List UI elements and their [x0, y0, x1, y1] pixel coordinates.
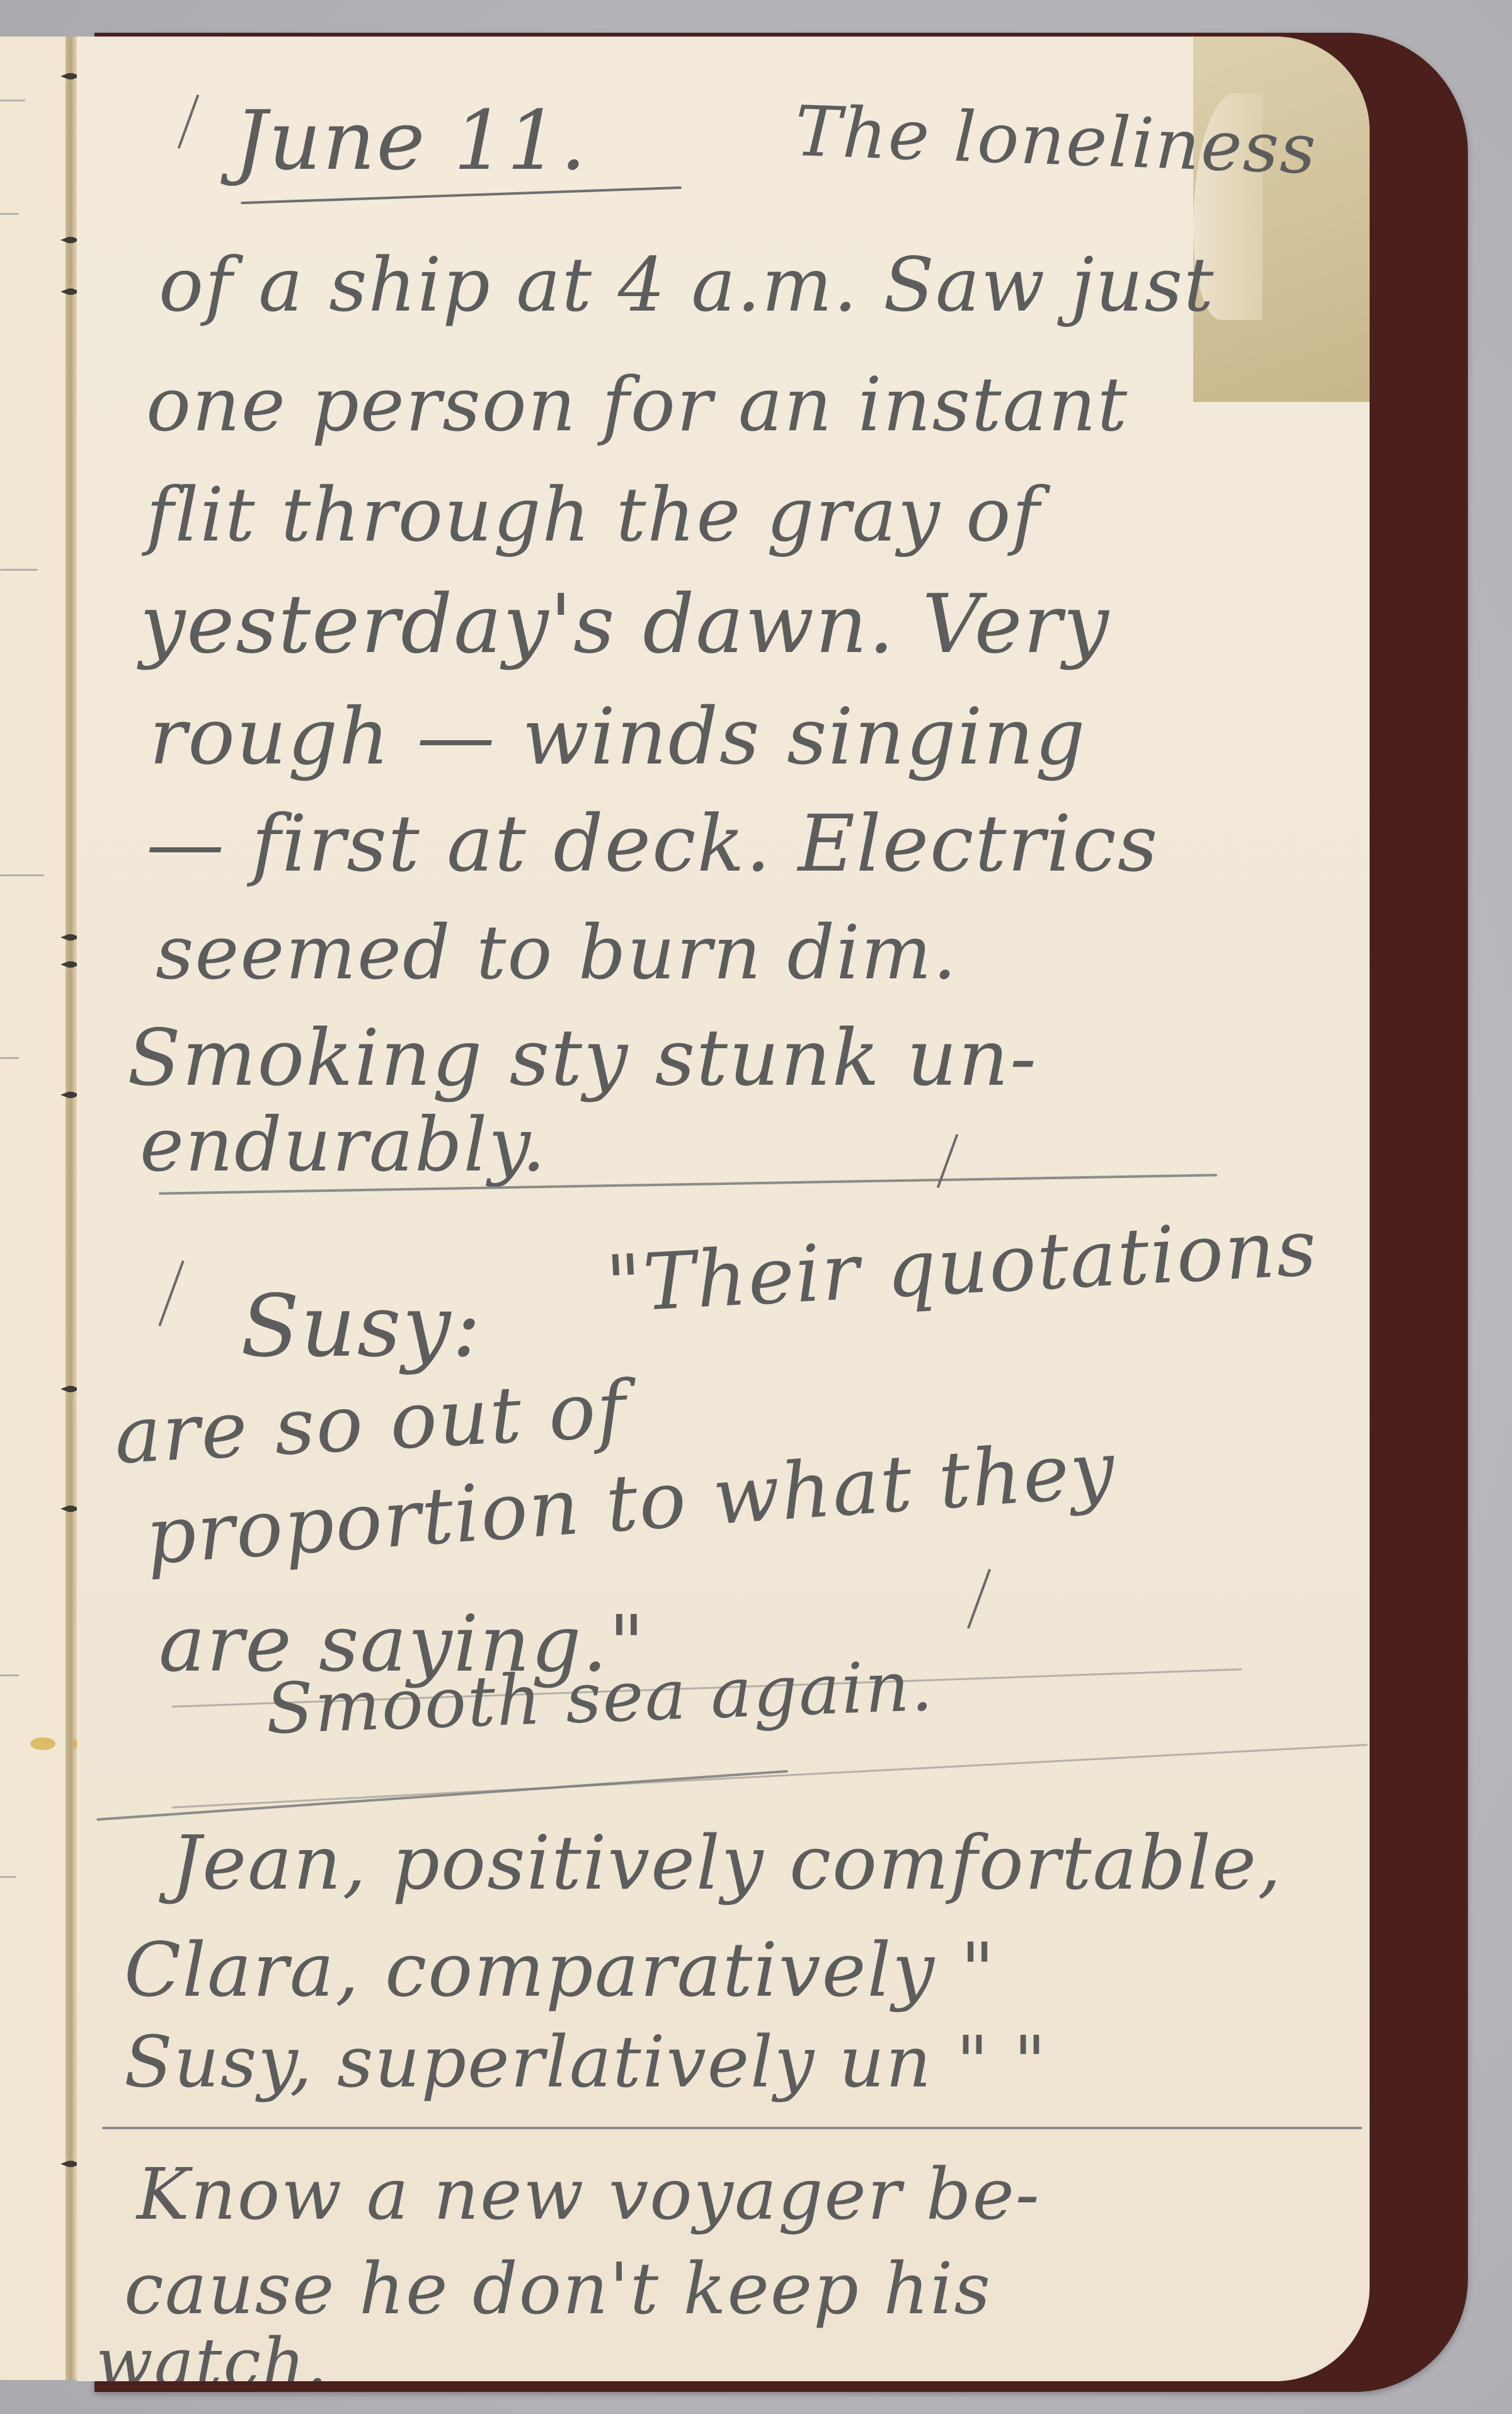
section-divider: [102, 2127, 1362, 2129]
entry-1-line-2: of a ship at 4 a.m. Saw just: [159, 248, 1215, 322]
entry-1-line-8: seemed to burn dim.: [156, 915, 958, 990]
section-divider: [96, 1770, 788, 1821]
entry-1-line-9: Smoking sty stunk un-: [127, 1019, 1038, 1097]
entry-1-line-5: yesterday's dawn. Very: [140, 585, 1110, 665]
handwritten-text: June 11. The loneliness of a ship at 4 a…: [77, 37, 1370, 2381]
voyager-line-2: cause he don't keep his: [124, 2254, 992, 2325]
glue-stain: [30, 1737, 55, 1750]
quote-line-1: "Their quotations: [604, 1209, 1320, 1324]
left-page-mark: [0, 213, 19, 215]
left-page-edge: [0, 37, 71, 2380]
notebook-page: June 11. The loneliness of a ship at 4 a…: [77, 37, 1370, 2381]
entry-tick-mark: [158, 1261, 184, 1327]
family-line-jean: Jean, positively comfortable,: [171, 1826, 1282, 1900]
entry-1-line-1: The loneliness: [794, 96, 1318, 184]
entry-1-line-10: endurably.: [140, 1107, 547, 1182]
left-page-mark: [0, 1876, 16, 1878]
quote-line-2: are so out of: [113, 1370, 629, 1475]
closing-tick-mark: [967, 1569, 991, 1628]
voyager-line-3: watch.: [96, 2330, 329, 2381]
sea-note: Smooth sea again.: [265, 1651, 935, 1744]
quote-speaker: Susy:: [241, 1284, 482, 1370]
left-page-mark: [0, 874, 44, 876]
entry-1-line-7: — first at deck. Electrics: [146, 805, 1159, 883]
entry-date: June 11.: [234, 100, 588, 181]
left-page-mark: [0, 100, 25, 101]
date-underline: [241, 186, 682, 204]
entry-tick-mark: [178, 94, 200, 149]
entry-1-line-3: one person for an instant: [146, 367, 1128, 442]
binding-gutter: [66, 37, 77, 2380]
sea-note-divider: [172, 1744, 1368, 1808]
entry-1-line-6: rough — winds singing: [149, 698, 1086, 776]
left-page-mark: [0, 1057, 19, 1059]
left-page-mark: [0, 1674, 19, 1676]
voyager-line-1: Know a new voyager be-: [137, 2159, 1041, 2230]
family-line-susy: Susy, superlatively un " ": [124, 2027, 1047, 2098]
family-line-clara: Clara, comparatively ": [124, 1933, 996, 2007]
entry-1-line-4: flit through the gray of: [146, 478, 1041, 552]
left-page-mark: [0, 569, 38, 571]
